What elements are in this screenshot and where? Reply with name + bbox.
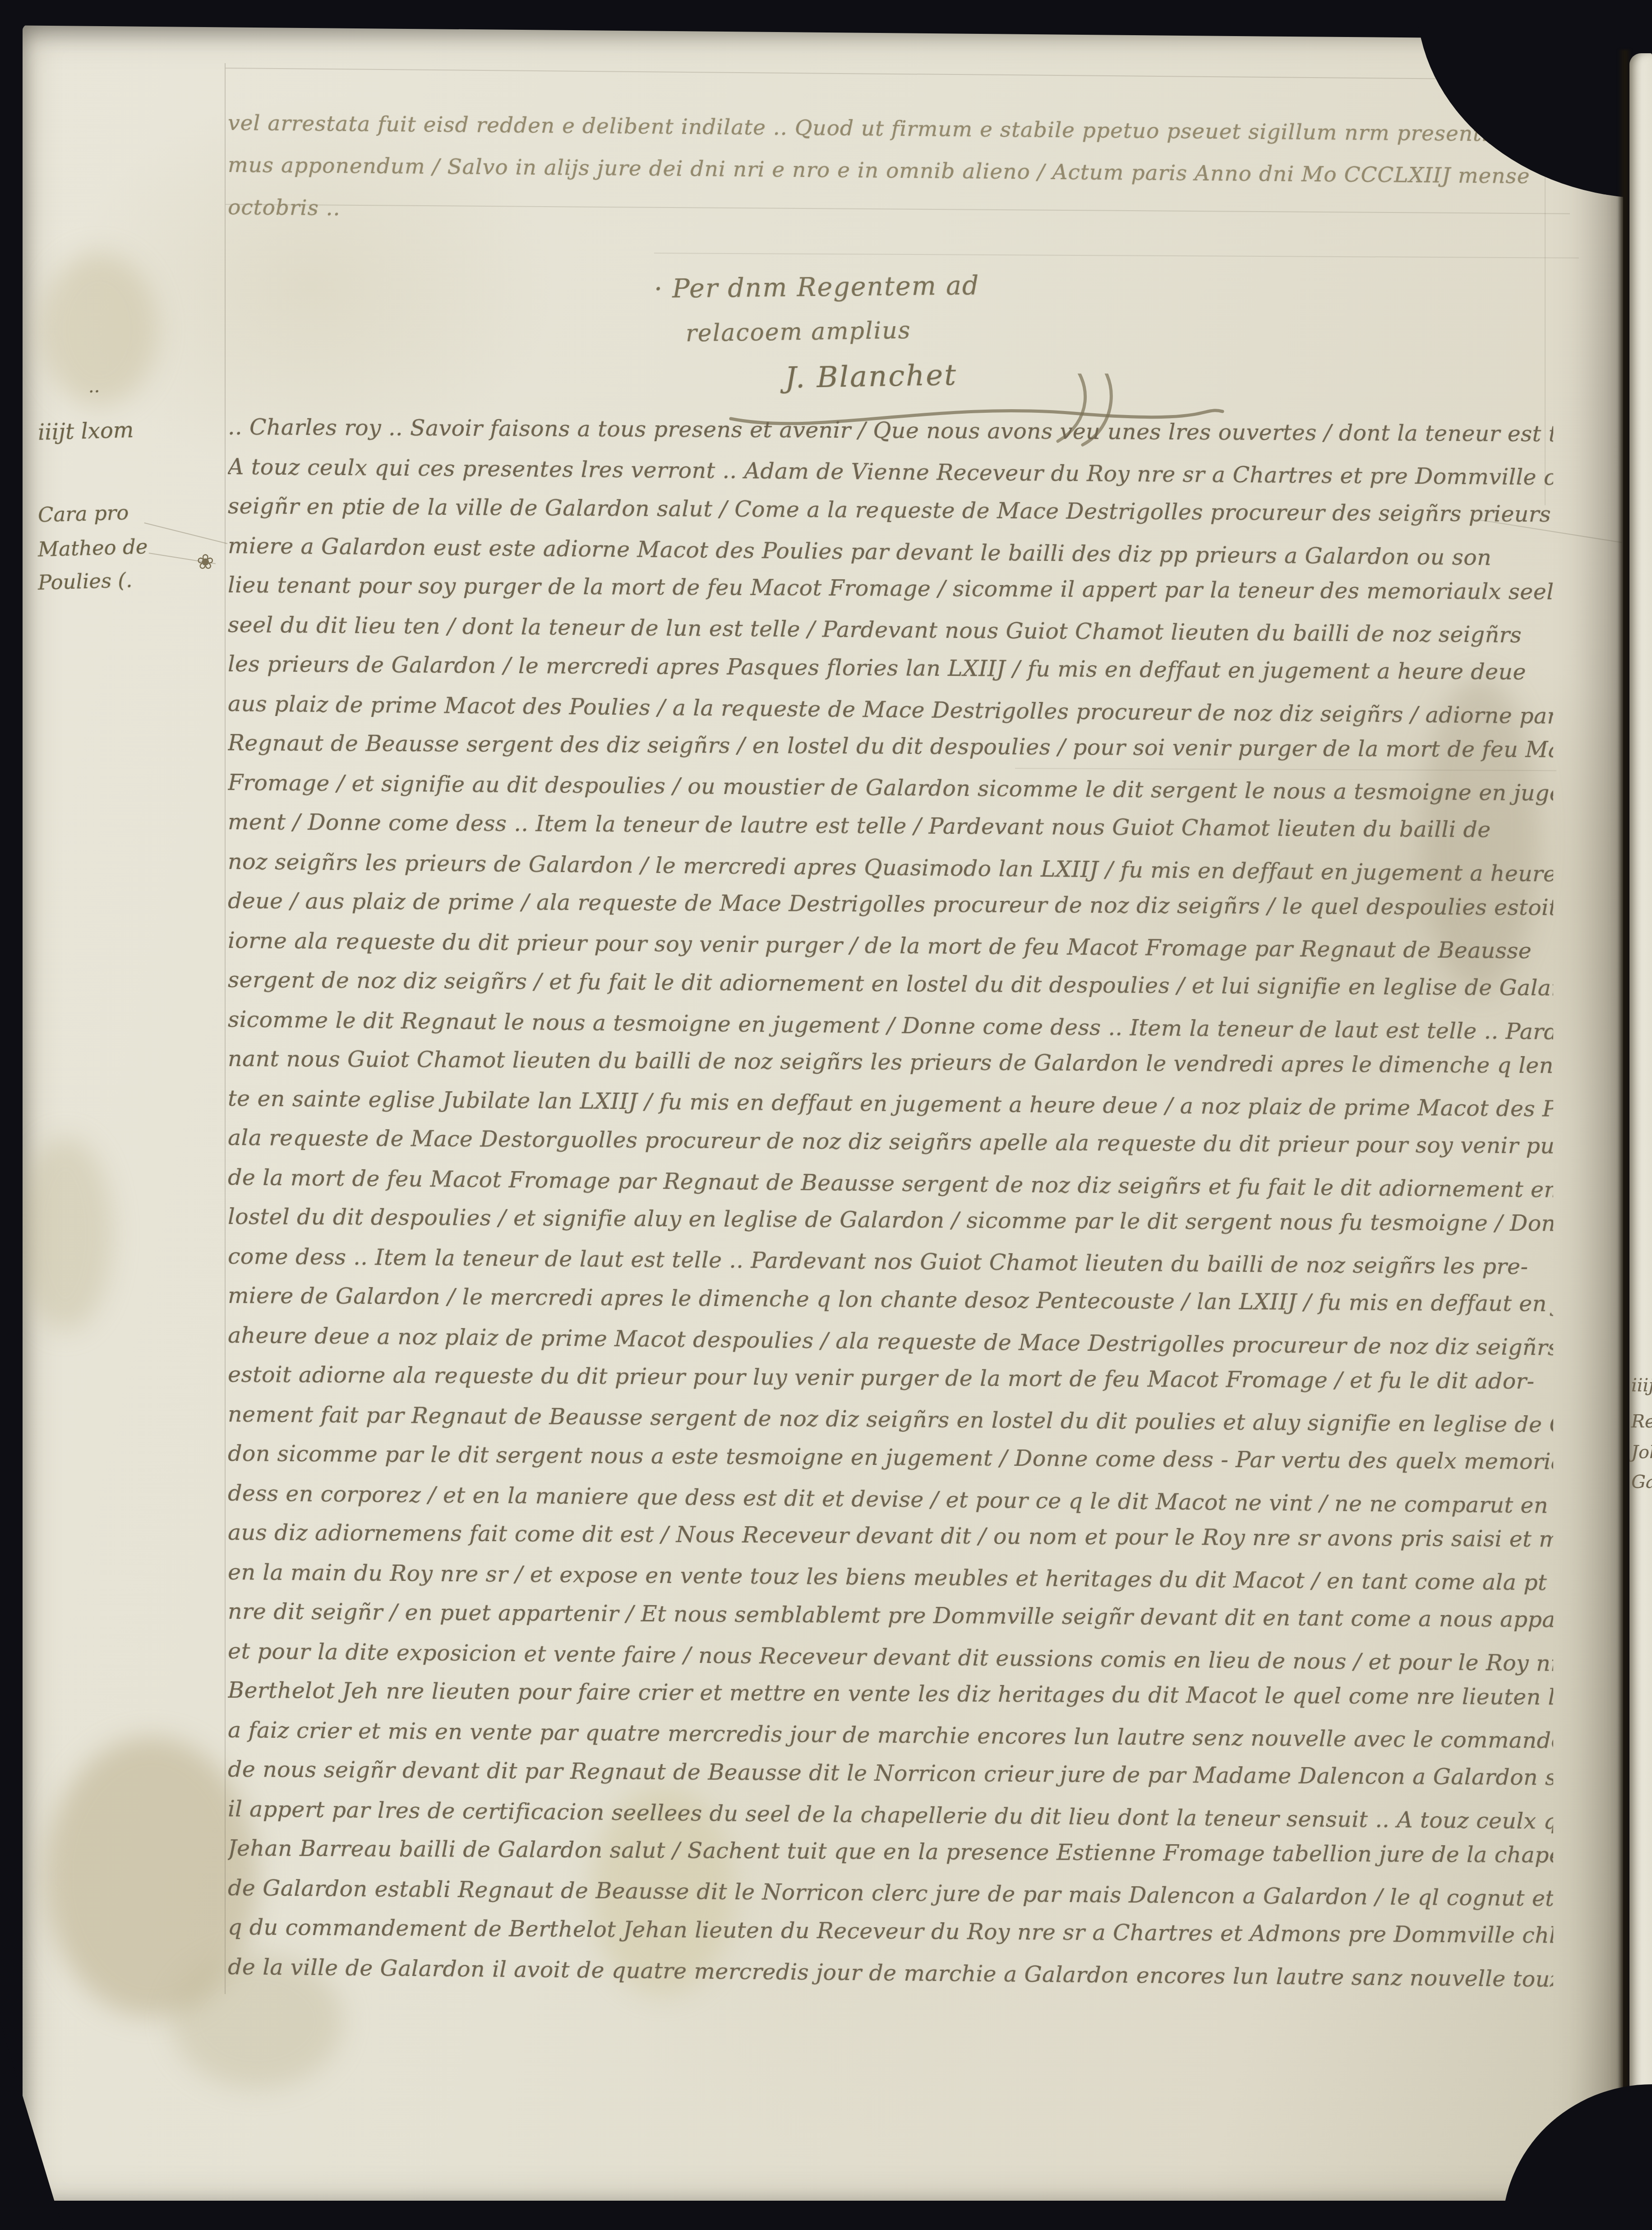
manuscript-line: .. Charles roy .. Savoir faisons a tous …: [228, 414, 1553, 458]
ruling-vertical-left: [225, 63, 226, 1994]
next-folio-margin-fragment: Johe: [1631, 1442, 1652, 1463]
manuscript-line: estoit adiorne ala requeste du dit prieu…: [228, 1362, 1553, 1405]
manuscript-line: Regnaut de Beausse sergent des diz seigñ…: [228, 730, 1553, 774]
next-folio-margin-fragment: iiij: [1631, 1375, 1652, 1396]
stain: [18, 1137, 113, 1331]
margin-note-rubric: Matheo de: [37, 535, 148, 562]
chancery-note-line1: · Per dnm Regentem ad: [654, 271, 980, 304]
chancery-note-line2: relacoem amplius: [686, 317, 911, 347]
flower-doodle-icon: ❀: [197, 549, 214, 574]
manuscript-line: lostel du dit despoulies / et signifie a…: [228, 1204, 1553, 1247]
manuscript-line: deue / aus plaiz de prime / ala requeste…: [228, 888, 1553, 932]
manuscript-line: aus diz adiornemens fait come dit est / …: [228, 1519, 1553, 1563]
next-folio-margin-fragment: Gase: [1631, 1472, 1652, 1492]
scan-background: [0, 0, 23, 2230]
margin-note-folio: iiijt lxom: [37, 417, 134, 445]
next-folio-edge: iiij Rem Johe Gase: [1629, 53, 1652, 2102]
margin-note-rubric: Cara pro: [37, 500, 129, 527]
manuscript-line: Jehan Barreau bailli de Galardon salut /…: [228, 1835, 1553, 1879]
margin-dots: ··: [88, 381, 100, 402]
manuscript-line: nant nous Guiot Chamot lieuten du bailli…: [228, 1046, 1553, 1090]
manuscript-line: lieu tenant pour soy purger de la mort d…: [228, 572, 1553, 616]
next-folio-margin-fragment: Rem: [1631, 1411, 1652, 1432]
manuscript-line: Berthelot Jeh nre lieuten pour faire cri…: [228, 1677, 1553, 1721]
scan-background: [0, 2201, 1652, 2230]
margin-note-rubric: Poulies (.: [37, 568, 133, 595]
